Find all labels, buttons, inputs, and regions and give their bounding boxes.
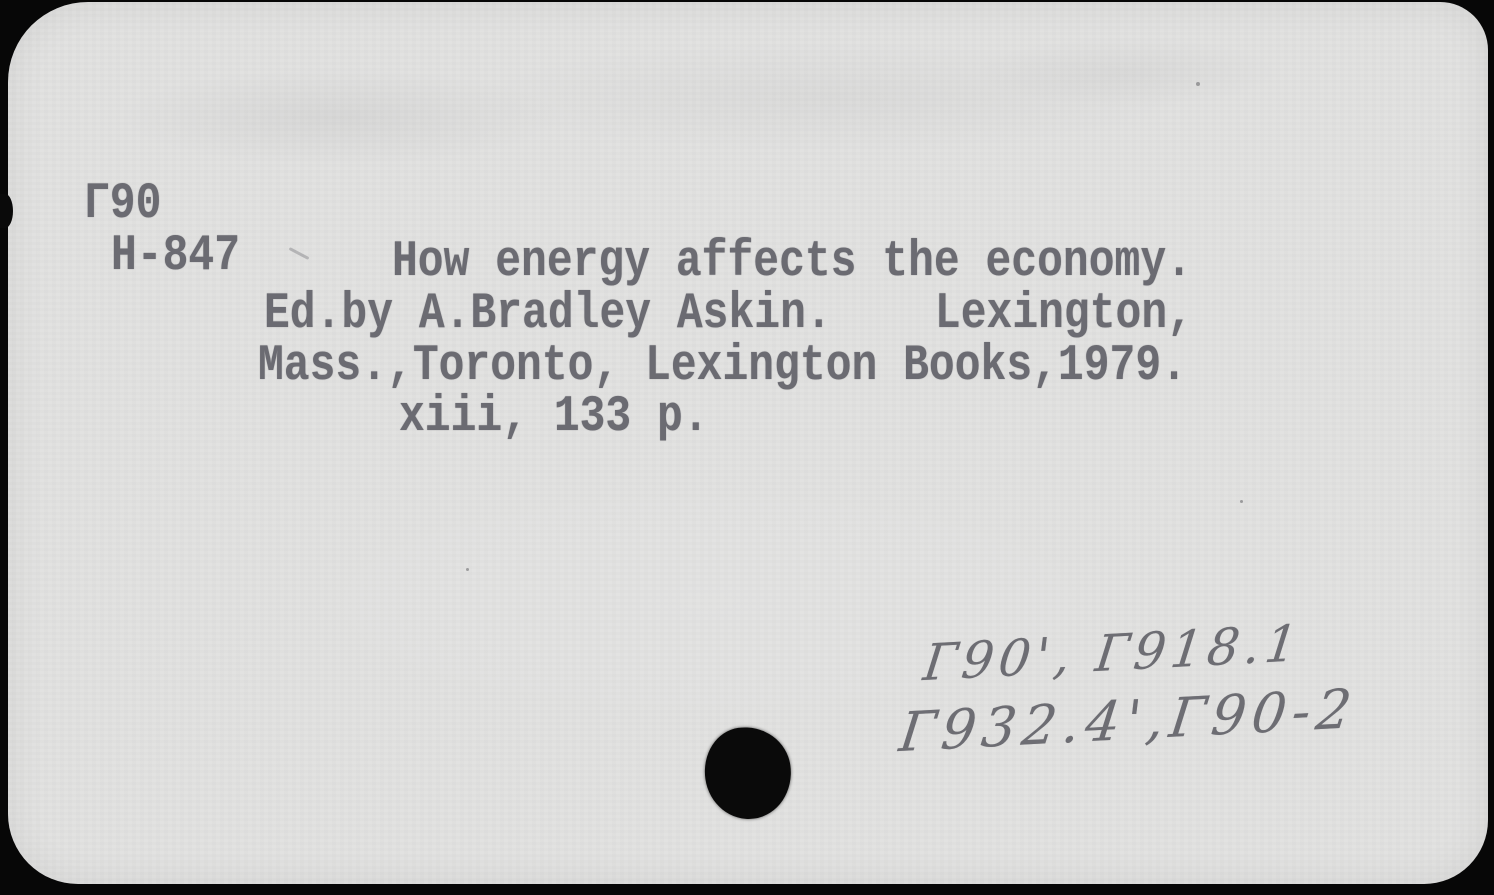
- publisher-line: Mass.,Toronto, Lexington Books,1979.: [258, 340, 1187, 391]
- editor-imprint-line: Ed.by A.Bradley Askin. Lexington,: [264, 288, 1193, 339]
- collation-line: xiii, 133 p.: [399, 391, 709, 442]
- title-line: How energy affects the economy.: [392, 236, 1192, 287]
- dust-speckle: [1196, 82, 1200, 86]
- call-class-code: Г90: [84, 178, 161, 229]
- dust-speckle: [1240, 500, 1243, 503]
- dust-speckle: [466, 568, 469, 571]
- scan-background: Г90 H-847 How energy affects the economy…: [0, 0, 1494, 895]
- call-number: H-847: [111, 230, 240, 281]
